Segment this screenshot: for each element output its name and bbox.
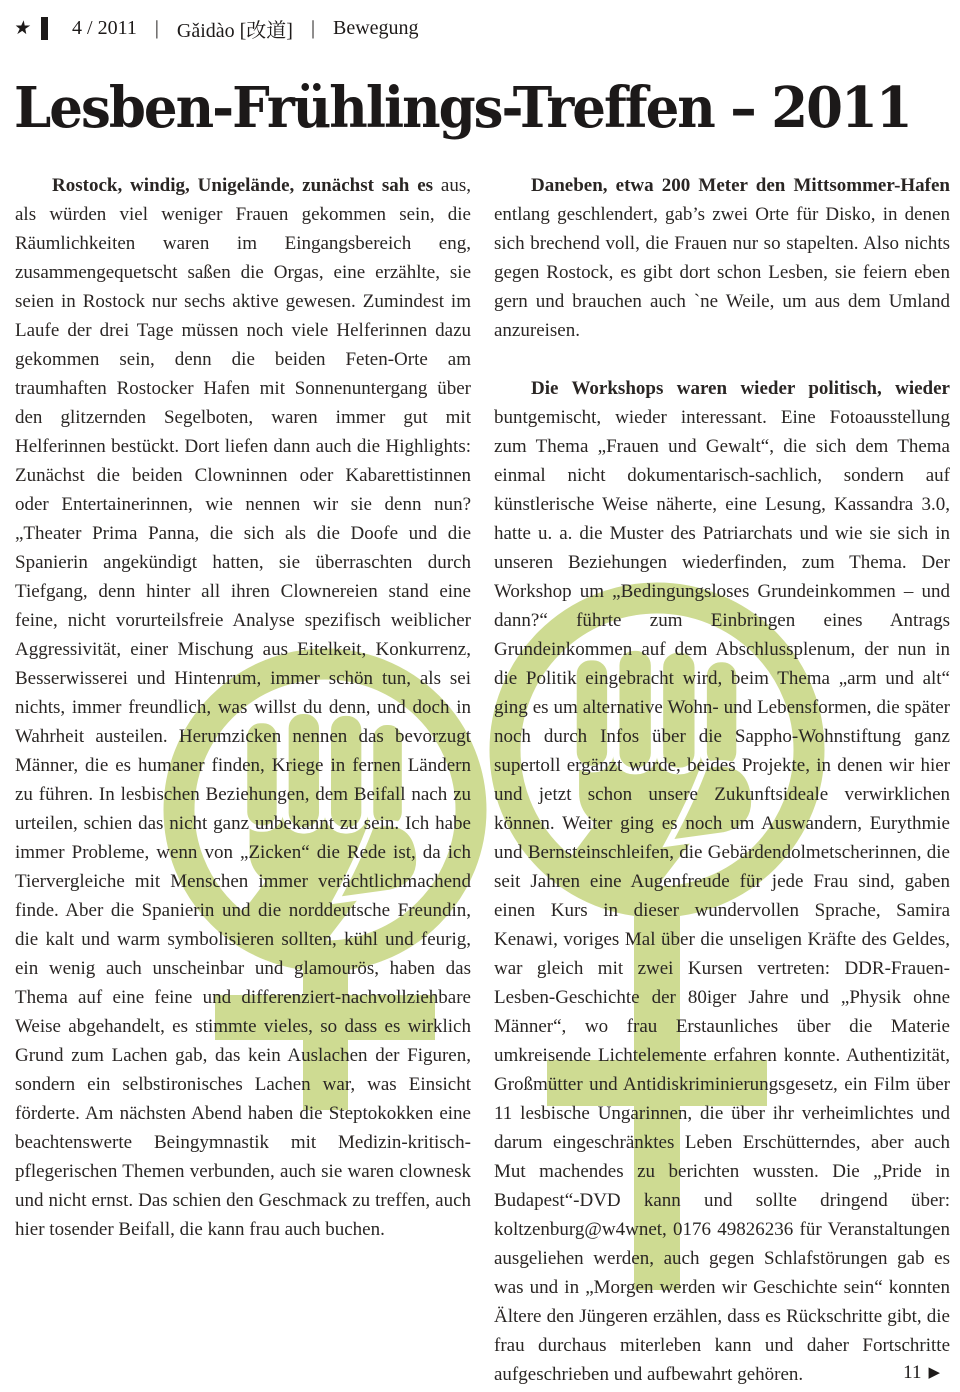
header-bar-icon — [41, 17, 48, 40]
issue-label: 4 / 2011 — [72, 17, 137, 40]
star-icon: ★ — [12, 17, 32, 40]
paragraph: Die Workshops waren wieder politisch, wi… — [494, 374, 950, 1389]
section-name: Bewegung — [333, 17, 419, 40]
page-header: ★ 4 / 2011 | Gǎidào [改道] | Bewegung — [0, 0, 960, 43]
separator: | — [303, 17, 323, 40]
article-column-left: Rostock, windig, Unigelände, zunächst sa… — [15, 171, 471, 1389]
magazine-name: Gǎidào [改道] — [177, 14, 293, 43]
next-page-arrow-icon: ▶ — [928, 1366, 940, 1381]
page-title: Lesben-Frühlings-Treffen – 2011 — [14, 77, 946, 139]
article-body: Rostock, windig, Unigelände, zunächst sa… — [15, 171, 950, 1389]
magazine-page: ★ 4 / 2011 | Gǎidào [改道] | Bewegung Lesb… — [0, 0, 960, 1392]
paragraph-text: entlang geschlendert, gab’s zwei Orte fü… — [494, 204, 950, 341]
paragraph: Daneben, etwa 200 Meter den Mittsommer-H… — [494, 171, 950, 345]
separator: | — [147, 17, 167, 40]
page-footer: 11 ▶ — [903, 1362, 940, 1384]
paragraph-text: buntgemischt, wieder interessant. Eine F… — [494, 407, 950, 1385]
paragraph: Rostock, windig, Unigelände, zunächst sa… — [15, 171, 471, 1244]
paragraph-lead: Rostock, windig, Unigelände, zunächst sa… — [52, 175, 433, 196]
article-column-right: Daneben, etwa 200 Meter den Mittsommer-H… — [494, 171, 950, 1389]
paragraph-lead: Daneben, etwa 200 Meter den Mittsommer-H… — [531, 175, 950, 196]
paragraph-lead: Die Workshops waren wieder politisch, wi… — [531, 378, 950, 399]
page-number: 11 — [903, 1362, 921, 1384]
paragraph-text: aus, als würden viel weniger Frauen geko… — [15, 175, 471, 1240]
